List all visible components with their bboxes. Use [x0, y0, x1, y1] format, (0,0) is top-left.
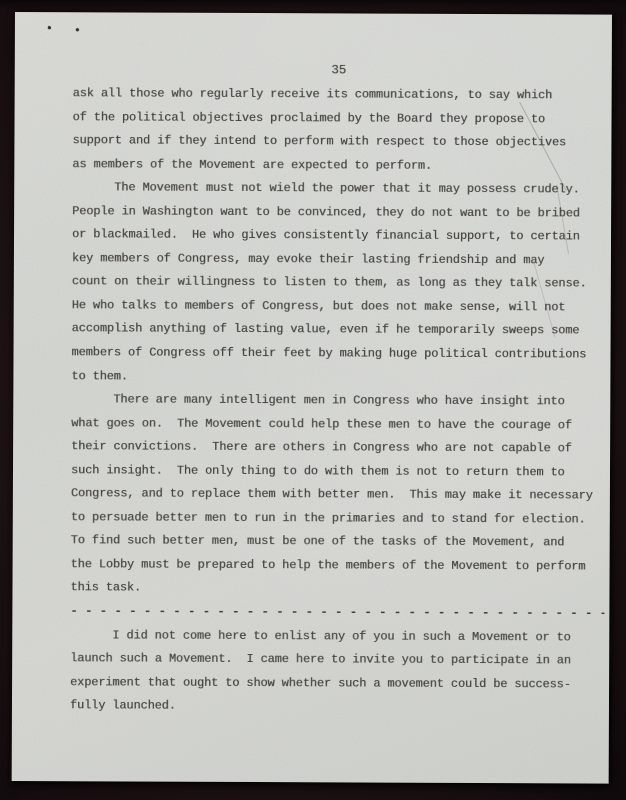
dashed-separator: - - - - - - - - - - - - - - - - - - - - … [70, 600, 604, 626]
ink-dot [48, 26, 52, 30]
text-line: I did not come here to enlist any of you… [70, 624, 604, 650]
text-line: what goes on. The Movement could help th… [71, 412, 605, 438]
text-line: ask all those who regularly receive its … [73, 82, 607, 108]
text-line: as members of the Movement are expected … [72, 153, 606, 179]
text-line: The Movement must not wield the power th… [72, 176, 606, 202]
text-line: experiment that ought to show whether su… [70, 671, 604, 697]
text-line: support and if they intend to perform wi… [72, 129, 606, 155]
text-line: He who talks to members of Congress, but… [72, 294, 606, 320]
text-line: launch such a Movement. I came here to i… [70, 647, 604, 673]
text-line: key members of Congress, may evoke their… [72, 247, 606, 273]
text-line: their convictions. There are others in C… [71, 435, 605, 461]
text-line: the Lobby must be prepared to help the m… [71, 553, 605, 579]
text-line: accomplish anything of lasting value, ev… [72, 318, 606, 344]
text-line: fully launched. [70, 694, 604, 720]
text-line: to them. [71, 365, 605, 391]
text-line: members of Congress off their feet by ma… [71, 341, 605, 367]
typewritten-text-block: ask all those who regularly receive its … [70, 82, 607, 720]
ink-dot [76, 28, 79, 31]
text-line: this task. [70, 577, 604, 603]
text-line: There are many intelligent men in Congre… [71, 388, 605, 414]
text-line: count on their willingness to listen to … [72, 271, 606, 297]
text-line: to persuade better men to run in the pri… [71, 506, 605, 532]
page-number: 35 [73, 62, 605, 78]
text-line: To find such better men, must be one of … [71, 530, 605, 556]
text-line: or blackmailed. He who gives consistentl… [72, 224, 606, 250]
text-line: such insight. The only thing to do with … [71, 459, 605, 485]
text-line: of the political objectives proclaimed b… [72, 106, 606, 132]
document-page: 35 ask all those who regularly receive i… [12, 12, 612, 784]
text-line: Congress, and to replace them with bette… [71, 483, 605, 509]
text-line: People in Washington want to be convince… [72, 200, 606, 226]
